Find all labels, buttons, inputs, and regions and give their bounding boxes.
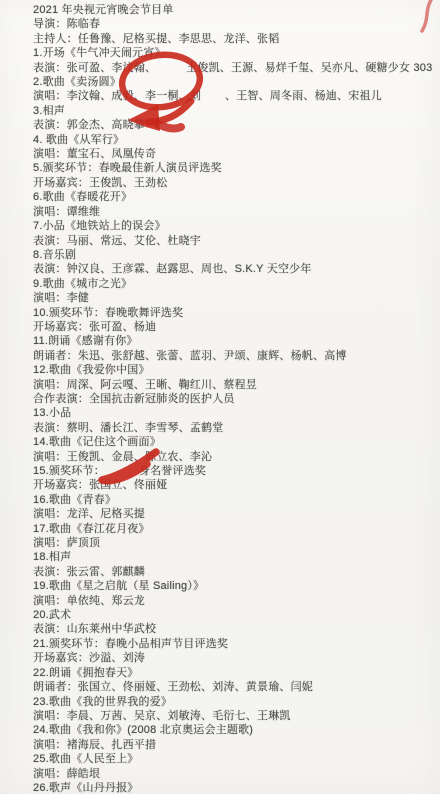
line-text: 朗诵者：朱迅、张舒越、张蕾、蓝羽、尹颂、康辉、杨帆、高博 [33,350,347,362]
line-text: 6.歌曲《春暖花开》 [33,191,132,203]
line-text: 表演：山东莱州中华武校 [33,623,156,635]
line-text: 2021 年央视元宵晚会节目单 [33,4,174,16]
line-text: 演唱：萨顶顶 [33,537,100,549]
program-line: 3.相声 [33,104,434,118]
line-text: 15.颁奖环节： [33,465,105,477]
obscured-text-gap [201,97,225,99]
line-text: 演唱：谭维维 [33,206,100,218]
line-text: 表演：蔡明、潘长江、李雪琴、孟鹤堂 [33,422,223,434]
line-text: 演唱：李晨、万茜、吴京、刘敏涛、毛衍七、王琳凯 [33,710,291,722]
program-line: 演唱：董宝石、凤凰传奇 [33,147,434,161]
line-text: 20.武术 [33,609,71,621]
line-text: 演唱：周深、阿云嘎、王晰、鞠红川、蔡程昱 [33,379,257,391]
line-text: 主持人：任鲁豫、尼格买提、李思思、龙洋、张韬 [33,33,279,45]
line-text: 2.歌曲《卖汤圆》 [33,76,121,88]
program-line: 21.颁奖环节：春晚小品相声节目评选奖 [33,637,434,651]
program-line: 演唱：褚海辰、扎西平措 [33,738,434,752]
line-text: 演唱：李健 [33,292,89,304]
program-line: 12.歌曲《我爱你中国》 [33,363,434,377]
line-text: 王俊凯、王源、易烊千玺、吴亦凡、硬糖少女 303 [186,62,432,74]
line-text: 4. 歌曲《从军行》 [33,134,124,146]
line-text: 、王智、周冬雨、杨迪、宋祖儿 [225,90,382,102]
program-line: 表演：蔡明、潘长江、李雪琴、孟鹤堂 [33,421,434,435]
line-text: 开场嘉宾：张国立、佟丽娅 [33,479,167,491]
line-text: 14.歌曲《记住这个画面》 [33,436,161,448]
line-text: 表演：张云雷、郭麒麟 [33,566,145,578]
program-line: 1.开场《牛气冲天闹元宵》 [33,46,434,60]
program-line: 主持人：任鲁豫、尼格买提、李思思、龙洋、张韬 [33,32,434,46]
line-text: 表演：钟汉良、王彦霖、赵露思、周也、S.K.Y 天空少年 [33,263,312,275]
program-line: 表演：钟汉良、王彦霖、赵露思、周也、S.K.Y 天空少年 [33,262,434,276]
program-line: 表演：郭金杰、高晓攀 [33,118,434,132]
line-text: 10.颁奖环节：春晚歌舞评选奖 [33,307,183,319]
line-text: 19.歌曲《星之启航（星 Sailing）》 [33,580,204,592]
line-text: 25.歌曲《人民至上》 [33,753,139,765]
line-text: 8.音乐剧 [33,249,76,261]
program-line: 演唱：王俊凯、金晨、陈立农、李沁 [33,450,434,464]
program-line: 22.朗诵《拥抱春天》 [33,666,434,680]
program-line: 导演：陈临春 [33,17,434,31]
line-text: 12.歌曲《我爱你中国》 [33,364,150,376]
program-line: 5.颁奖环节：春晚最佳新人演员评选奖 [33,161,434,175]
program-line: 开场嘉宾：张可盈、杨迪 [33,320,434,334]
line-text: 24.歌曲《我和你》(2008 北京奥运会主题歌) [33,724,253,736]
program-line: 8.音乐剧 [33,248,434,262]
program-line: 17.歌曲《春江花月夜》 [33,522,434,536]
program-line: 演唱：萨顶顶 [33,536,434,550]
program-line: 表演：山东莱州中华武校 [33,622,434,636]
obscured-text-gap [105,472,139,474]
program-line: 9.歌曲《城市之光》 [33,277,434,291]
line-text: 演唱：褚海辰、扎西平措 [33,739,156,751]
line-text: 11.朗诵《感谢有你》 [33,335,138,347]
line-text: 表演：张可盈、李汶翰、 [33,62,156,74]
line-text: 演唱：董宝石、凤凰传奇 [33,148,156,160]
line-text: 身名誉评选奖 [139,465,206,477]
program-line: 20.武术 [33,608,434,622]
program-line: 2.歌曲《卖汤圆》 [33,75,434,89]
program-line: 24.歌曲《我和你》(2008 北京奥运会主题歌) [33,723,434,737]
document-title: 2021 年央视元宵晚会节目单 [33,3,434,17]
program-line: 13.小品 [33,406,434,420]
obscured-text-gap [156,69,186,71]
line-text: 7.小品《地铁站上的误会》 [33,220,166,232]
program-line: 合作表演：全国抗击新冠肺炎的医护人员 [33,392,434,406]
program-line: 开场嘉宾：沙溢、刘涛 [33,651,434,665]
program-line: 朗诵者：张国立、佟丽娅、王劲松、刘涛、黄景瑜、闫妮 [33,680,434,694]
program-line: 开场嘉宾：张国立、佟丽娅 [33,478,434,492]
program-line: 演唱：李晨、万茜、吴京、刘敏涛、毛衍七、王琳凯 [33,709,434,723]
line-text: 演唱：薛皓垠 [33,768,100,780]
program-line: 19.歌曲《星之启航（星 Sailing）》 [33,579,434,593]
program-line: 演唱：李健 [33,291,434,305]
line-text: 21.颁奖环节：春晚小品相声节目评选奖 [33,638,228,650]
clipped-bottom-line: 26.歌声《山丹丹报》 [33,781,434,794]
line-text: 演唱：李汶翰、成毅、李一桐、刘 [33,90,201,102]
program-line: 演唱：周深、阿云嘎、王晰、鞠红川、蔡程昱 [33,378,434,392]
line-text: 26.歌声《山丹丹报》 [33,782,139,794]
line-text: 导演：陈临春 [33,18,100,30]
program-list: 2021 年央视元宵晚会节目单导演：陈临春主持人：任鲁豫、尼格买提、李思思、龙洋… [33,3,434,794]
program-line: 7.小品《地铁站上的误会》 [33,219,434,233]
program-line: 25.歌曲《人民至上》 [33,752,434,766]
line-text: 16.歌曲《青春》 [33,494,116,506]
program-line: 演唱：李汶翰、成毅、李一桐、刘、王智、周冬雨、杨迪、宋祖儿 [33,89,434,103]
line-text: 5.颁奖环节：春晚最佳新人演员评选奖 [33,162,222,174]
program-line: 15.颁奖环节：身名誉评选奖 [33,464,434,478]
line-text: 22.朗诵《拥抱春天》 [33,667,139,679]
line-text: 18.相声 [33,551,71,563]
line-text: 演唱：单依纯、郑云龙 [33,595,145,607]
line-text: 演唱：王俊凯、金晨、陈立农、李沁 [33,451,212,463]
program-line: 演唱：龙洋、尼格买提 [33,507,434,521]
program-line: 演唱：谭维维 [33,205,434,219]
program-line: 14.歌曲《记住这个画面》 [33,435,434,449]
line-text: 9.歌曲《城市之光》 [33,278,132,290]
line-text: 演唱：龙洋、尼格买提 [33,508,145,520]
program-list-photo: 2021 年央视元宵晚会节目单导演：陈临春主持人：任鲁豫、尼格买提、李思思、龙洋… [0,0,440,794]
program-line: 16.歌曲《青春》 [33,493,434,507]
program-line: 表演：张云雷、郭麒麟 [33,565,434,579]
program-line: 朗诵者：朱迅、张舒越、张蕾、蓝羽、尹颂、康辉、杨帆、高博 [33,349,434,363]
program-line: 演唱：薛皓垠 [33,767,434,781]
program-line: 23.歌曲《我的世界我的爱》 [33,695,434,709]
line-text: 23.歌曲《我的世界我的爱》 [33,696,172,708]
program-line: 表演：马丽、常远、艾伦、杜晓宇 [33,234,434,248]
line-text: 合作表演：全国抗击新冠肺炎的医护人员 [33,393,235,405]
line-text: 3.相声 [33,105,65,117]
line-text: 表演：马丽、常远、艾伦、杜晓宇 [33,235,201,247]
line-text: 17.歌曲《春江花月夜》 [33,523,150,535]
line-text: 开场嘉宾：王俊凯、王劲松 [33,177,167,189]
program-line: 开场嘉宾：王俊凯、王劲松 [33,176,434,190]
program-line: 6.歌曲《春暖花开》 [33,190,434,204]
line-text: 13.小品 [33,407,71,419]
line-text: 开场嘉宾：沙溢、刘涛 [33,652,145,664]
program-line: 演唱：单依纯、郑云龙 [33,594,434,608]
program-line: 4. 歌曲《从军行》 [33,133,434,147]
program-line: 10.颁奖环节：春晚歌舞评选奖 [33,306,434,320]
line-text: 表演：郭金杰、高晓攀 [33,119,145,131]
program-line: 11.朗诵《感谢有你》 [33,334,434,348]
line-text: 朗诵者：张国立、佟丽娅、王劲松、刘涛、黄景瑜、闫妮 [33,681,313,693]
line-text: 1.开场《牛气冲天闹元宵》 [33,47,166,59]
program-line: 表演：张可盈、李汶翰、王俊凯、王源、易烊千玺、吴亦凡、硬糖少女 303 [33,61,434,75]
line-text: 开场嘉宾：张可盈、杨迪 [33,321,156,333]
program-line: 18.相声 [33,550,434,564]
